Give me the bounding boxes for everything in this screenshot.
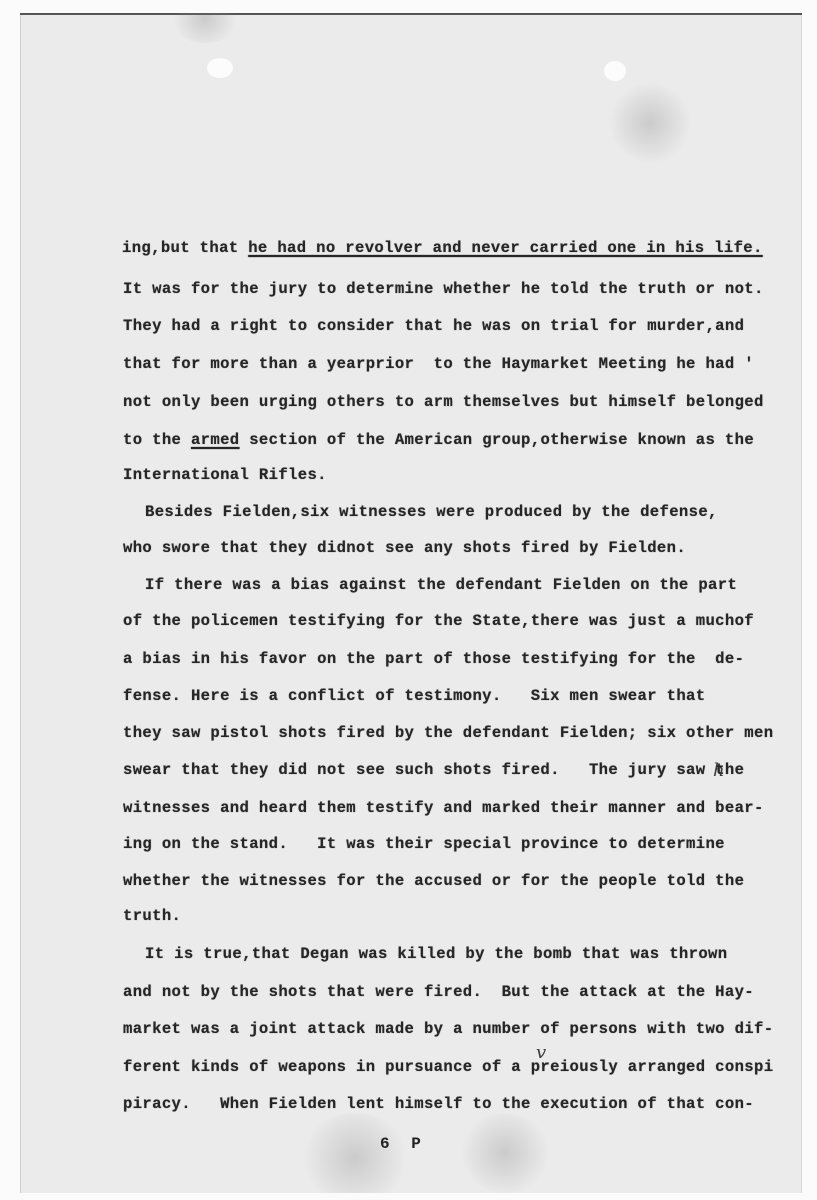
text-line: They had a right to consider that he was… (123, 316, 744, 336)
text-line: and not by the shots that were fired. Bu… (123, 982, 754, 1002)
punch-hole (604, 61, 626, 81)
underlined-text: armed (191, 431, 240, 449)
handwritten-checkmark: v (536, 1042, 546, 1063)
text-line: whether the witnesses for the accused or… (123, 871, 744, 891)
text-line: International Rifles. (123, 465, 327, 485)
text-line: It was for the jury to determine whether… (123, 279, 764, 299)
text-line: truth. (123, 906, 181, 926)
text-line: to the armed section of the American gro… (123, 430, 754, 450)
text-line: It is true,that Degan was killed by the … (145, 944, 727, 964)
paper-stain (170, 13, 240, 43)
text-line: not only been urging others to arm thems… (123, 392, 764, 412)
punch-hole (207, 58, 233, 78)
text-line: a bias in his favor on the part of those… (123, 649, 744, 669)
handwritten-correction: h (713, 760, 725, 781)
text-line: they saw pistol shots fired by the defen… (123, 723, 773, 743)
text-line: piracy. When Fielden lent himself to the… (123, 1094, 754, 1114)
text-line: ferent kinds of weapons in pursuance of … (123, 1057, 773, 1077)
underlined-text: he had no revolver and never carried one… (248, 239, 763, 257)
text-span: to the (123, 431, 191, 449)
text-line: ing on the stand. It was their special p… (123, 834, 725, 854)
paper-stain (300, 1113, 410, 1193)
text-line: fense. Here is a conflict of testimony. … (123, 686, 705, 706)
text-span: ing,but that (122, 239, 248, 257)
text-line: swear that they did not see such shots f… (123, 760, 744, 780)
text-span: section of the American group,otherwise … (240, 431, 755, 449)
paper-stain (460, 1113, 550, 1193)
text-line: If there was a bias against the defendan… (145, 575, 737, 595)
paper-stain (610, 83, 690, 163)
text-line: witnesses and heard them testify and mar… (123, 798, 764, 818)
text-line: of the policemen testifying for the Stat… (123, 611, 754, 631)
text-line: who swore that they didnot see any shots… (123, 538, 686, 558)
page-number: 6 P (380, 1135, 427, 1153)
document-page (20, 13, 802, 1193)
text-line: Besides Fielden,six witnesses were produ… (145, 502, 718, 522)
text-line: that for more than a yearprior to the Ha… (123, 354, 754, 374)
text-line: ing,but that he had no revolver and neve… (122, 238, 763, 258)
text-line: market was a joint attack made by a numb… (123, 1019, 773, 1039)
